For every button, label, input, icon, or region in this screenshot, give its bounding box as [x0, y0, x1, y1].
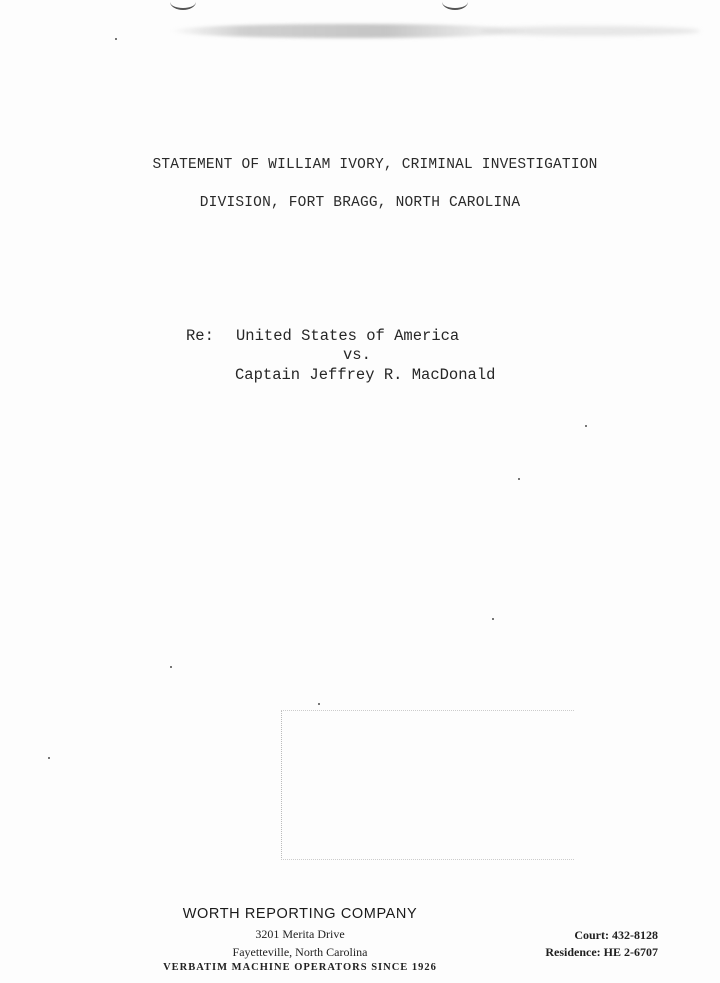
scan-speck	[318, 703, 320, 705]
residence-phone: Residence: HE 2-6707	[545, 945, 658, 960]
scan-speck	[518, 478, 520, 480]
footer-company-name: WORTH REPORTING COMPANY	[150, 906, 450, 922]
scan-speck	[48, 757, 50, 759]
re-label: Re:	[186, 327, 214, 345]
document-page: STATEMENT OF WILLIAM IVORY, CRIMINAL INV…	[0, 0, 720, 983]
scan-speck	[170, 666, 172, 668]
document-title-line-1: STATEMENT OF WILLIAM IVORY, CRIMINAL INV…	[0, 157, 720, 173]
footer-address-line-1: 3201 Merita Drive	[150, 927, 450, 942]
footer-address-line-2: Fayetteville, North Carolina	[150, 945, 450, 960]
case-versus: vs.	[343, 346, 371, 364]
case-plaintiff: United States of America	[236, 327, 459, 345]
scan-smudge	[480, 26, 700, 36]
scan-speck	[585, 425, 587, 427]
binder-clip-mark	[170, 0, 196, 10]
scan-smudge	[170, 24, 530, 38]
court-phone: Court: 432-8128	[574, 928, 658, 943]
scan-speck	[115, 38, 117, 40]
footer-tagline: VERBATIM MACHINE OPERATORS SINCE 1926	[150, 962, 450, 973]
document-title-line-2: DIVISION, FORT BRAGG, NORTH CAROLINA	[0, 195, 720, 211]
faint-box-artifact	[281, 710, 574, 860]
scan-speck	[492, 618, 494, 620]
binder-clip-mark	[442, 0, 468, 10]
case-defendant: Captain Jeffrey R. MacDonald	[235, 366, 495, 384]
